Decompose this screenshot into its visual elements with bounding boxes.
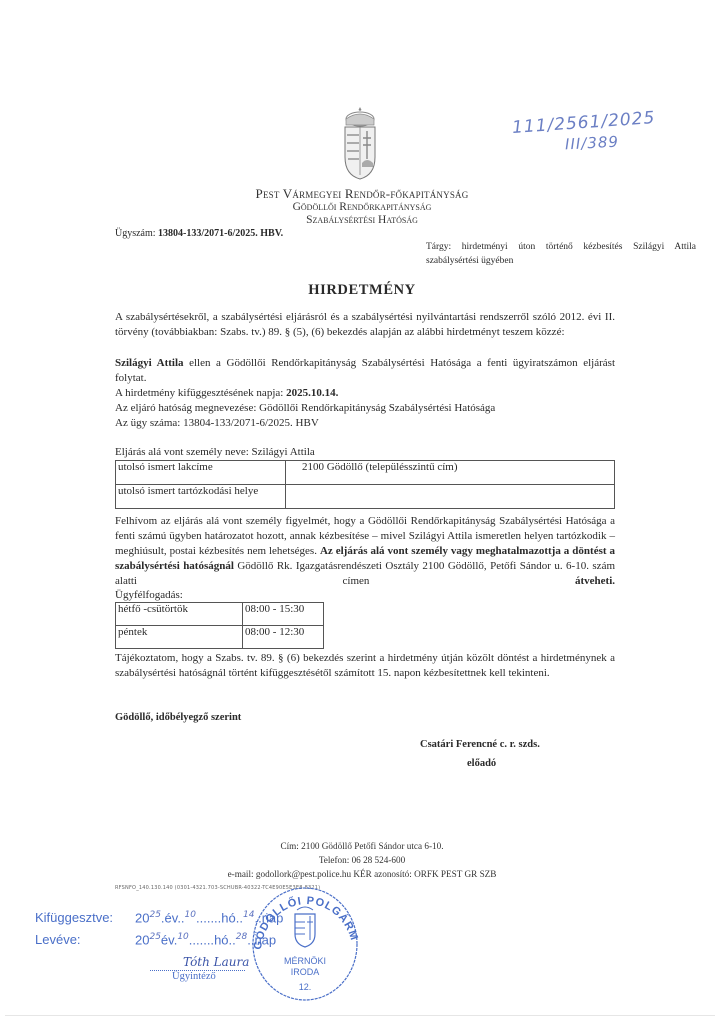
org-name-county: Pest Vármegyei Rendőr-főkapitányság <box>0 186 724 202</box>
office-hours-label: Ügyfélfogadás: <box>115 589 183 601</box>
authority-line: Az eljáró hatóság megnevezése: Gödöllői … <box>115 401 615 416</box>
residence-value <box>286 485 615 509</box>
posted-date-stamp: Kifüggesztve: 2025.év..10.......hó..14..… <box>35 910 113 925</box>
removed-date-stamp: Levéve: 2025év.10.......hó..28..nap <box>35 932 81 947</box>
office-hours-table: hétfő -csütörtök 08:00 - 15:30 péntek 08… <box>115 602 324 649</box>
address-label: utolsó ismert lakcíme <box>116 461 286 485</box>
svg-text:IRODA: IRODA <box>291 967 320 977</box>
table-row: péntek 08:00 - 12:30 <box>116 626 324 649</box>
address-table: utolsó ismert lakcíme 2100 Gödöllő (tele… <box>115 460 615 509</box>
clerk-signature: Tóth Laura <box>183 955 249 969</box>
removed-label: Levéve: <box>35 932 81 947</box>
removed-year: 25 <box>149 932 160 942</box>
case-number-value: 13804-133/2071-6/2025. HBV. <box>158 228 283 239</box>
clerk-label: Ügyintéző <box>172 971 216 982</box>
intro-paragraph: A szabálysértésekről, a szabálysértési e… <box>115 310 615 340</box>
place-and-date: Gödöllő, időbélyegző szerint <box>115 712 241 723</box>
hours-day: péntek <box>116 626 243 649</box>
notice-paragraph: Felhívom az eljárás alá vont személy fig… <box>115 514 615 589</box>
posted-label: Kifüggesztve: <box>35 910 113 925</box>
subject-line: Tárgy: hirdetményi úton történő kézbesít… <box>426 240 696 268</box>
hours-time: 08:00 - 15:30 <box>243 603 324 626</box>
svg-text:MÉRNÖKI: MÉRNÖKI <box>284 956 326 966</box>
posted-month: 10 <box>185 910 196 920</box>
coat-of-arms-icon <box>340 105 380 183</box>
footer-address: Cím: 2100 Gödöllő Petőfi Sándor utca 6-1… <box>0 841 724 851</box>
case-number: Ügyszám: 13804-133/2071-6/2025. HBV. <box>115 228 283 239</box>
person-name-line: Eljárás alá vont személy neve: Szilágyi … <box>115 446 315 458</box>
signer-name: Csatári Ferencné c. r. szds. <box>420 739 540 750</box>
posting-date-line: A hirdetmény kifüggesztésének napja: 202… <box>115 386 615 401</box>
svg-text:GÖDÖLLŐI POLGÁRMESTERI HIVATAL: GÖDÖLLŐI POLGÁRMESTERI HIVATAL <box>245 880 360 950</box>
case-line: Az ügy száma: 13804-133/2071-6/2025. HBV <box>115 416 615 431</box>
org-name-station: Gödöllői Rendőrkapitányság <box>0 201 724 213</box>
table-row: utolsó ismert lakcíme 2100 Gödöllő (tele… <box>116 461 615 485</box>
removed-month: 10 <box>177 932 188 942</box>
address-value: 2100 Gödöllő (településszintű cím) <box>286 461 615 485</box>
office-round-stamp-icon: GÖDÖLLŐI POLGÁRMESTERI HIVATAL MÉRNÖKI I… <box>245 880 365 1005</box>
info-paragraph: Tájékoztatom, hogy a Szabs. tv. 89. § (6… <box>115 651 615 681</box>
table-row: utolsó ismert tartózkodási helye <box>116 485 615 509</box>
hours-time: 08:00 - 12:30 <box>243 626 324 649</box>
proceeding-statement: Szilágyi Attila ellen a Gödöllői Rendőrk… <box>115 356 615 386</box>
document-title: HIRDETMÉNY <box>0 282 724 299</box>
handwritten-sub-number: III/389 <box>565 133 620 154</box>
table-row: hétfő -csütörtök 08:00 - 15:30 <box>116 603 324 626</box>
hours-day: hétfő -csütörtök <box>116 603 243 626</box>
org-name-authority: Szabálysértési Hatóság <box>0 214 724 226</box>
footer-phone: Telefon: 06 28 524-600 <box>0 855 724 865</box>
page-bottom-edge <box>5 1015 715 1016</box>
svg-text:12.: 12. <box>299 982 312 992</box>
person-name: Szilágyi Attila <box>115 357 184 369</box>
residence-label: utolsó ismert tartózkodási helye <box>116 485 286 509</box>
proceeding-block: Szilágyi Attila ellen a Gödöllői Rendőrk… <box>115 356 615 431</box>
signer-role: előadó <box>467 758 496 769</box>
posting-date: 2025.10.14. <box>286 387 338 399</box>
posted-year: 25 <box>149 910 160 920</box>
footer-email: e-mail: godollork@pest.police.hu KÉR azo… <box>0 869 724 879</box>
case-number-label: Ügyszám: <box>115 228 156 239</box>
